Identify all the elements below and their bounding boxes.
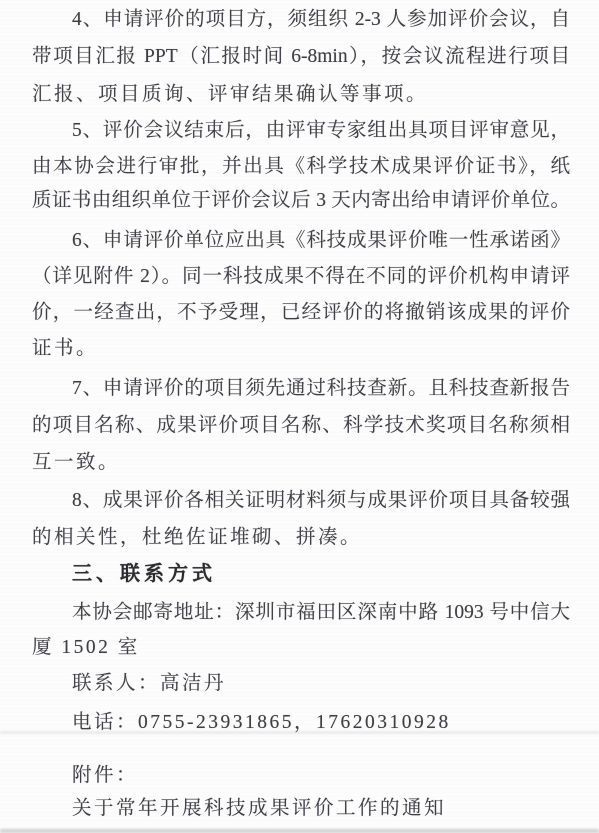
section-heading: 三、联系方式: [32, 555, 570, 593]
text-line: 本协会邮寄地址：深圳市福田区深南中路 1093 号中信大: [32, 594, 570, 632]
text-line: 的项目名称、成果评价项目名称、科学技术奖项目名称须相: [32, 407, 570, 445]
text-line: 价，一经查出，不予受理，已经评价的将撤销该成果的评价: [32, 294, 570, 332]
text-line: 由本协会进行审批，并出具《科学技术成果评价证书》，纸: [32, 148, 570, 186]
text-line: 互一致。: [32, 444, 570, 482]
text-line: 5、评价会议结束后，由评审专家组出具项目评审意见，: [32, 112, 570, 150]
text-line: （详见附件 2）。同一科技成果不得在不同的评价机构申请评: [32, 258, 570, 296]
scan-bottom-edge-artifact: [0, 829, 599, 833]
text-line: 电话：0755-23931865，17620310928: [32, 704, 570, 742]
text-line: 联系人：高洁丹: [32, 665, 570, 703]
text-line: 的相关性，杜绝佐证堆砌、拼凑。: [32, 519, 570, 557]
text-line: 质证书由组织单位于评价会议后 3 天内寄出给申请评价单位。: [32, 182, 570, 220]
text-line: 7、申请评价的项目须先通过科技查新。且科技查新报告: [32, 370, 570, 408]
text-line: 带项目汇报 PPT（汇报时间 6-8min），按会议流程进行项目: [32, 38, 570, 76]
text-line: 汇报、项目质询、评审结果确认等事项。: [32, 76, 570, 114]
text-line: 6、申请评价单位应出具《科技成果评价唯一性承诺函》: [32, 222, 570, 260]
document-page: 4、申请评价的项目方，须组织 2-3 人参加评价会议，自带项目汇报 PPT（汇报…: [0, 0, 599, 833]
text-line: 8、成果评价各相关证明材料须与成果评价项目具备较强: [32, 482, 570, 520]
text-line: 关于常年开展科技成果评价工作的通知: [32, 790, 570, 828]
text-line: 4、申请评价的项目方，须组织 2-3 人参加评价会议，自: [32, 1, 570, 39]
text-line: 证书。: [32, 330, 570, 368]
text-line: 厦 1502 室: [32, 629, 570, 667]
